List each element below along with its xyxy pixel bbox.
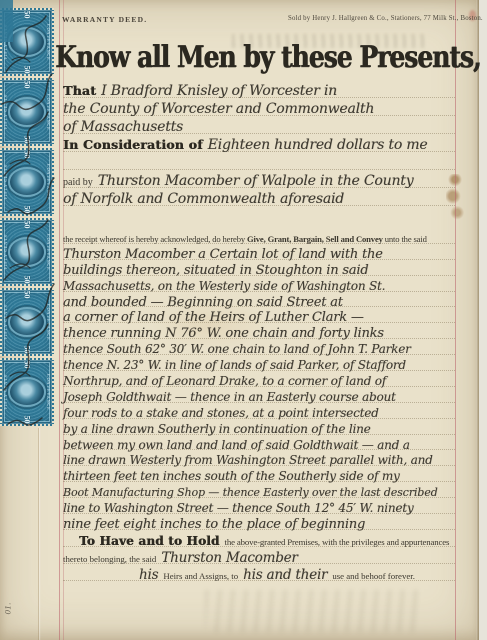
stamp-denomination: 50 xyxy=(23,346,32,354)
stamp-value-label: FIFTY CENTS xyxy=(3,80,12,144)
deed-line: four rods to a stake and stones, at a po… xyxy=(63,404,459,420)
handwritten-text: a corner of land of the Heirs of Luther … xyxy=(63,310,364,325)
deed-line: thence running N 76° W. one chain and fo… xyxy=(63,324,459,340)
printed-text: unto the said xyxy=(383,234,427,244)
stamp-denomination: 50 xyxy=(23,81,32,89)
deed-line: a corner of land of the Heirs of Luther … xyxy=(63,308,459,324)
handwritten-text: his and their xyxy=(243,567,327,583)
stamp-type-label: CONVEYANCE xyxy=(42,220,51,284)
deed-line: Thurston Macomber a Certain lot of land … xyxy=(63,245,459,261)
printed-text: In Consideration of xyxy=(63,137,203,152)
stamp-denomination: 50 xyxy=(23,151,32,159)
deed-line: ThatI Bradford Knisley of Worcester in xyxy=(63,82,459,100)
form-type-label: WARRANTY DEED. xyxy=(62,15,147,24)
stamp-denomination: 50 xyxy=(23,11,32,19)
revenue-stamp: 5050FIFTY CENTSCONVEYANCE xyxy=(0,218,54,286)
partial-stamp-edge xyxy=(0,0,13,42)
deed-line: thence N. 23° W. in line of lands of sai… xyxy=(63,356,459,372)
handwritten-text: buildings thereon, situated in Stoughton… xyxy=(63,263,368,278)
handwritten-text: the County of Worcester and Commonwealth xyxy=(63,101,374,117)
deed-line: thence South 62° 30′ W. one chain to lan… xyxy=(63,340,459,356)
stamp-type-label: CONVEYANCE xyxy=(42,290,51,354)
deed-line: of Norfolk and Commonwealth aforesaid xyxy=(63,190,459,208)
stamp-value-label: FIFTY CENTS xyxy=(3,360,12,424)
deed-line: the County of Worcester and Commonwealth xyxy=(63,100,459,118)
printed-text: the receipt whereof is hereby acknowledg… xyxy=(63,234,247,244)
revenue-stamp: 5050FIFTY CENTSCONVEYANCE xyxy=(0,148,54,216)
deed-title: Know all Men by these Presents, xyxy=(55,40,457,74)
deed-line: hisHeirs and Assigns, tohis and theiruse… xyxy=(63,566,459,583)
handwritten-text: his xyxy=(139,567,158,583)
deed-line: buildings thereon, situated in Stoughton… xyxy=(63,261,459,277)
handwritten-text: Massachusetts, on the Westerly side of W… xyxy=(63,279,385,293)
handwritten-text: Thurston Macomber of Walpole in the Coun… xyxy=(98,173,414,189)
handwritten-text: thence N. 23° W. in line of lands of sai… xyxy=(63,358,406,372)
revenue-stamp-strip: 5050FIFTY CENTSCONVEYANCE5050FIFTY CENTS… xyxy=(0,8,56,428)
habendum-block: To Have and to Holdthe above-granted Pre… xyxy=(63,529,459,583)
stamp-denomination: 50 xyxy=(23,206,32,214)
deed-line: thirteen feet ten inches south of the So… xyxy=(63,467,459,483)
deed-line: Northrup, and of Leonard Drake, to a cor… xyxy=(63,372,459,388)
handwritten-text: line drawn Westerly from Washington Stre… xyxy=(63,453,433,467)
deed-line xyxy=(63,154,459,172)
conveyance-description-block: the receipt whereof is hereby acknowledg… xyxy=(63,226,459,531)
stamp-denomination: 50 xyxy=(23,416,32,424)
stamp-portrait xyxy=(8,307,46,337)
stamp-portrait xyxy=(8,167,46,197)
handwritten-text: between my own land and land of said Gol… xyxy=(63,438,410,452)
printed-text: Heirs and Assigns, to xyxy=(163,571,238,581)
handwritten-text: of Norfolk and Commonwealth aforesaid xyxy=(63,191,344,207)
deed-line: line drawn Westerly from Washington Stre… xyxy=(63,451,459,467)
handwritten-text: of Massachusetts xyxy=(63,119,183,135)
handwritten-text: Northrup, and of Leonard Drake, to a cor… xyxy=(63,374,386,388)
deed-line: Boot Manufacturing Shop — thence Easterl… xyxy=(63,483,459,499)
stamp-portrait xyxy=(8,27,46,57)
stamp-denomination: 50 xyxy=(23,66,32,74)
handwritten-text: thirteen feet ten inches south of the So… xyxy=(63,469,400,483)
handwritten-text: Joseph Goldthwait — thence in an Easterl… xyxy=(63,390,396,404)
stamp-value-label: FIFTY CENTS xyxy=(3,220,12,284)
deed-line: Joseph Goldthwait — thence in an Easterl… xyxy=(63,388,459,404)
stamp-denomination: 50 xyxy=(23,136,32,144)
deed-line: of Massachusetts xyxy=(63,118,459,136)
handwritten-text: four rods to a stake and stones, at a po… xyxy=(63,406,379,420)
paper-crease xyxy=(38,428,39,640)
printed-text: Give, Grant, Bargain, Sell and Convey xyxy=(247,234,383,244)
handwritten-text: I Bradford Knisley of Worcester in xyxy=(101,83,337,99)
deed-line: between my own land and land of said Gol… xyxy=(63,436,459,452)
deed-line: To Have and to Holdthe above-granted Pre… xyxy=(63,529,459,549)
stamp-portrait xyxy=(8,377,46,407)
stamp-type-label: CONVEYANCE xyxy=(42,360,51,424)
deed-line: paid byThurston Macomber of Walpole in t… xyxy=(63,172,459,190)
revenue-stamp: 5050FIFTY CENTSCONVEYANCE xyxy=(0,78,54,146)
handwritten-text: by a line drawn Southerly in continuatio… xyxy=(63,422,371,436)
stamp-denomination: 50 xyxy=(23,361,32,369)
stamp-type-label: CONVEYANCE xyxy=(42,80,51,144)
stationer-imprint: Sold by Henry J. Hallgreen & Co., Statio… xyxy=(288,15,483,22)
deed-line: and bounded — Beginning on said Street a… xyxy=(63,293,459,309)
handwritten-text: thence running N 76° W. one chain and fo… xyxy=(63,326,384,341)
deed-line: Massachusetts, on the Westerly side of W… xyxy=(63,277,459,293)
stamp-value-label: FIFTY CENTS xyxy=(3,150,12,214)
stamp-portrait xyxy=(8,237,46,267)
stamp-value-label: FIFTY CENTS xyxy=(3,290,12,354)
stamp-denomination: 50 xyxy=(23,221,32,229)
handwritten-text: Thurston Macomber a Certain lot of land … xyxy=(63,247,383,262)
handwritten-text: Thurston Macomber xyxy=(161,550,297,566)
printed-text: use and behoof forever. xyxy=(332,571,415,581)
deed-line: thereto belonging, the saidThurston Maco… xyxy=(63,549,459,566)
paper-right-edge xyxy=(476,0,479,640)
printed-text: the above-granted Premises, with the pri… xyxy=(225,537,450,547)
deed-line: line to Washington Street — thence South… xyxy=(63,499,459,515)
stamp-denomination: 50 xyxy=(23,276,32,284)
handwritten-text: Boot Manufacturing Shop — thence Easterl… xyxy=(63,486,438,499)
printed-text: That xyxy=(63,83,96,98)
deed-line: In Consideration ofEighteen hundred doll… xyxy=(63,136,459,154)
ink-bleedthrough xyxy=(205,590,420,632)
revenue-stamp: 5050FIFTY CENTSCONVEYANCE xyxy=(0,358,54,426)
stamp-type-label: CONVEYANCE xyxy=(42,10,51,74)
deed-line: the receipt whereof is hereby acknowledg… xyxy=(63,226,459,245)
handwritten-text: and bounded — Beginning on said Street a… xyxy=(63,295,343,310)
deed-line: by a line drawn Southerly in continuatio… xyxy=(63,420,459,436)
stamp-denomination: 50 xyxy=(23,291,32,299)
stamp-portrait xyxy=(8,97,46,127)
stamp-type-label: CONVEYANCE xyxy=(42,150,51,214)
grantor-consideration-block: ThatI Bradford Knisley of Worcester inth… xyxy=(63,82,459,208)
margin-note: 01. xyxy=(4,591,13,615)
printed-text: thereto belonging, the said xyxy=(63,554,156,564)
revenue-stamp: 5050FIFTY CENTSCONVEYANCE xyxy=(0,288,54,356)
handwritten-text: Eighteen hundred dollars to me xyxy=(208,137,428,153)
printed-text: paid by xyxy=(63,177,93,188)
handwritten-text: thence South 62° 30′ W. one chain to lan… xyxy=(63,342,411,356)
printed-text: To Have and to Hold xyxy=(79,534,220,548)
handwritten-text: line to Washington Street — thence South… xyxy=(63,501,414,515)
